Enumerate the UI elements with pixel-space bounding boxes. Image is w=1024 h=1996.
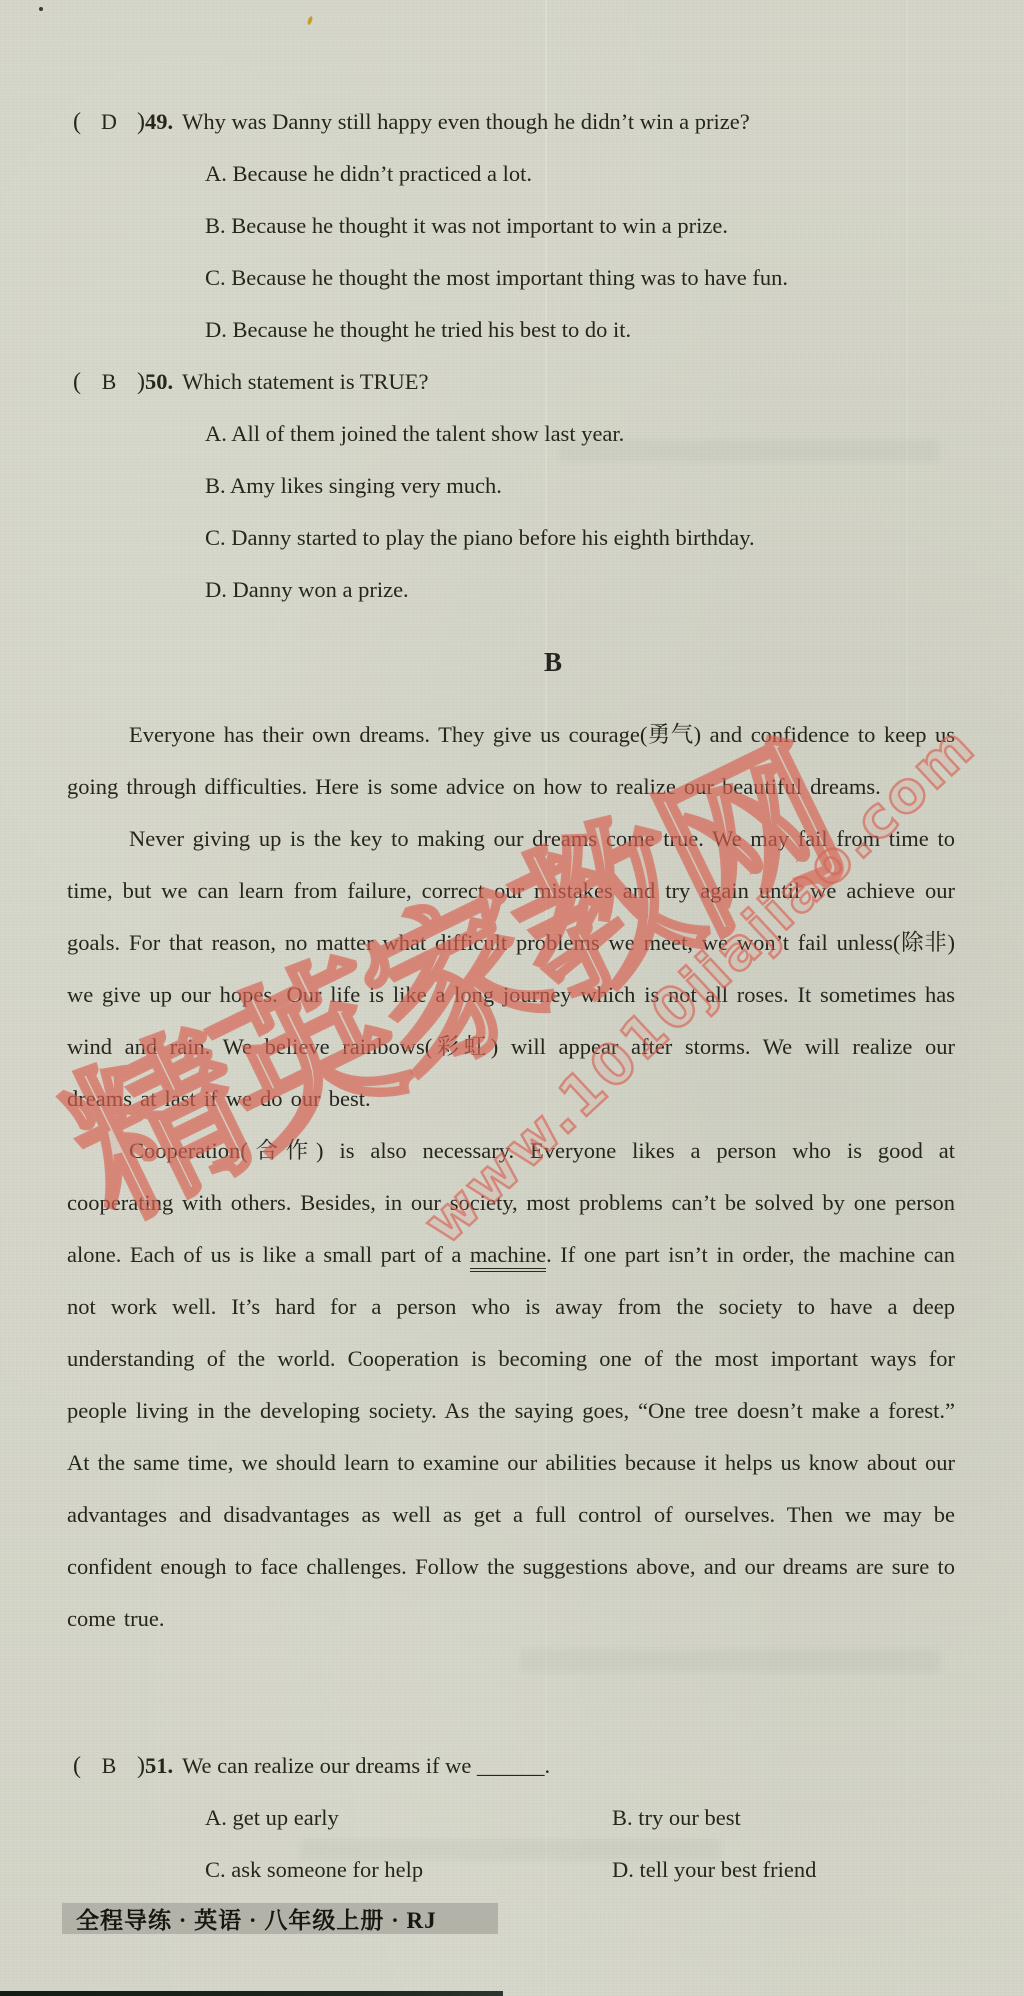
question-text-49: Why was Danny still happy even though he…: [182, 109, 750, 135]
question-51: (B)51.We can realize our dreams if we __…: [0, 1740, 1024, 1792]
question-50-option-a: A. All of them joined the talent show la…: [0, 408, 1024, 460]
passage-section-heading: B: [544, 636, 562, 688]
answer-letter-51: B: [81, 1753, 137, 1779]
answer-paren-close: ): [137, 1753, 145, 1780]
answer-paren-close: ): [137, 369, 145, 396]
question-49-option-c: C. Because he thought the most important…: [0, 252, 1024, 304]
book-footer-label: 全程导练 · 英语 · 八年级上册 · RJ: [62, 1903, 498, 1934]
scan-edge-strip: [0, 1991, 503, 1996]
question-text-51: We can realize our dreams if we ______.: [182, 1753, 550, 1779]
question-51-options: A. get up early B. try our best C. ask s…: [0, 1792, 1024, 1896]
question-50-option-c: C. Danny started to play the piano befor…: [0, 512, 1024, 564]
question-49: (D)49.Why was Danny still happy even tho…: [0, 96, 1024, 148]
question-51-option-a: A. get up early: [205, 1792, 612, 1844]
answer-letter-50: B: [81, 369, 137, 395]
answer-paren-open: (: [73, 109, 81, 136]
bleed-through-artifact: [520, 1650, 940, 1672]
question-49-option-b: B. Because he thought it was not importa…: [0, 200, 1024, 252]
question-block-51: (B)51.We can realize our dreams if we __…: [0, 1740, 1024, 1896]
question-text-50: Which statement is TRUE?: [182, 369, 428, 395]
question-block-49-50: (D)49.Why was Danny still happy even tho…: [0, 96, 1024, 616]
question-51-option-b: B. try our best: [612, 1792, 1024, 1844]
passage-paragraph-1: Everyone has their own dreams. They give…: [67, 709, 955, 813]
question-number-50: 50.: [145, 369, 173, 395]
question-number-49: 49.: [145, 109, 173, 135]
paragraph-3-text-after: . If one part isn’t in order, the machin…: [67, 1242, 955, 1631]
passage-paragraph-3: Cooperation(合作) is also necessary. Every…: [67, 1125, 955, 1645]
answer-paren-open: (: [73, 1753, 81, 1780]
underlined-word-machine: machine: [470, 1242, 546, 1272]
question-50-option-b: B. Amy likes singing very much.: [0, 460, 1024, 512]
scan-speck-artifact: [39, 7, 43, 11]
passage-paragraph-2: Never giving up is the key to making our…: [67, 813, 955, 1125]
question-50: (B)50.Which statement is TRUE?: [0, 356, 1024, 408]
question-51-option-c: C. ask someone for help: [205, 1844, 612, 1896]
question-49-option-d: D. Because he thought he tried his best …: [0, 304, 1024, 356]
question-49-option-a: A. Because he didn’t practiced a lot.: [0, 148, 1024, 200]
reading-passage: Everyone has their own dreams. They give…: [67, 709, 955, 1645]
question-51-option-d: D. tell your best friend: [612, 1844, 1024, 1896]
question-50-option-d: D. Danny won a prize.: [0, 564, 1024, 616]
answer-paren-open: (: [73, 369, 81, 396]
answer-letter-49: D: [81, 109, 137, 135]
question-number-51: 51.: [145, 1753, 173, 1779]
answer-paren-close: ): [137, 109, 145, 136]
